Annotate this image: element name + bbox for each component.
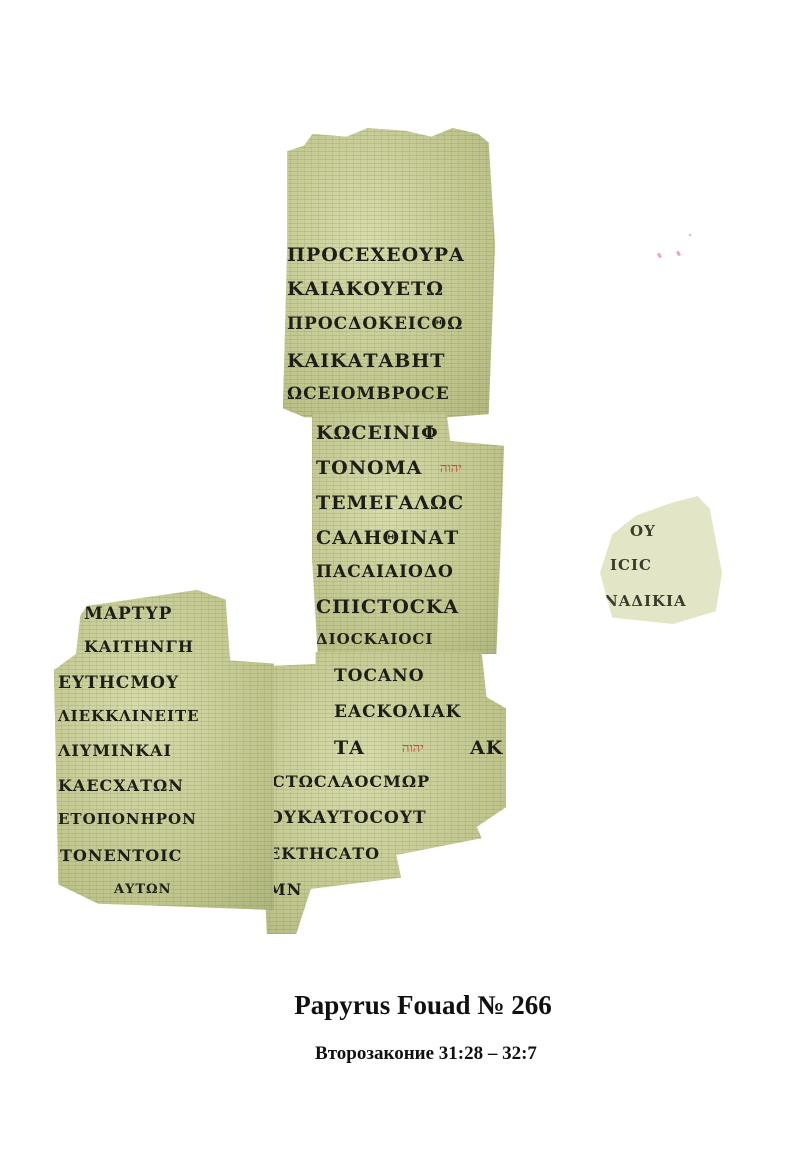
fragment-line: ΕΑCΚΟΛΙΑΚ: [334, 702, 461, 722]
fragment-line: ΑΥΤΩΝ: [114, 882, 172, 897]
caption-title: Papyrus Fouad № 266: [0, 990, 800, 1021]
fragment-line: ΤΟΝΕΝΤΟΙC: [60, 846, 182, 865]
speck: [689, 234, 692, 237]
fragment-line: ΚΑΙΑΚΟΥΕΤΩ: [287, 278, 444, 300]
fragment-line: ΤΟΝΟΜΑ: [316, 457, 422, 479]
fragment-line: CΑΛΗΘΙΝΑΤ: [316, 527, 459, 549]
fragment-line: ΚΑΙΚΑΤΑΒΗΤ: [287, 350, 445, 372]
fragment-line: ΜΑΡΤΥΡ: [84, 604, 172, 624]
caption-subtitle: Второзаконие 31:28 – 32:7: [0, 1043, 800, 1065]
fragment-main-middle: ΚΩCΕΙΝΙΦ ΤΟΝΟΜΑ יהוה ΤΕΜΕΓΑΛΩC CΑΛΗΘΙΝΑΤ…: [312, 412, 504, 654]
fragment-line: ΤΑ: [334, 737, 365, 759]
fragment-line: ΝΑΔΙΚΙΑ: [604, 592, 687, 610]
fragment-line: ΔΙΟCΚΑΙΟCΙ: [316, 630, 433, 648]
speck: [657, 253, 662, 259]
fragment-line: ΕΥΤΗCΜΟΥ: [58, 673, 179, 693]
fragment-line: ΤΟCΑΝΟ: [334, 666, 425, 686]
fragment-line: ΚΑΕCΧΑΤΩΝ: [58, 776, 184, 795]
fragment-main-lower: ΤΟCΑΝΟ ΕΑCΚΟΛΙΑΚ ΤΑ יהוה ΑΚ CΤΩCΛΑΟCΜΩΡ …: [262, 652, 506, 934]
fragment-right: ΟΥ ΙCΙC ΝΑΔΙΚΙΑ: [600, 496, 722, 624]
fragment-line: CΤΩCΛΑΟCΜΩΡ: [272, 772, 430, 791]
speck: [676, 251, 681, 257]
fragment-line: ΠΑCΑΙΑΙΟΔΟ: [316, 562, 454, 582]
fragment-line: ΚΑΙΤΗΝΓΗ: [84, 637, 194, 656]
fragment-line: ΛΙΕΚΚΛΙΝΕΙΤΕ: [58, 707, 200, 725]
fragment-line: ΟΥ: [630, 522, 656, 540]
fragment-line: ΑΚ: [470, 737, 503, 759]
fragment-left: ΜΑΡΤΥΡ ΚΑΙΤΗΝΓΗ ΕΥΤΗCΜΟΥ ΛΙΕΚΚΛΙΝΕΙΤΕ ΛΙ…: [54, 590, 274, 910]
fragment-line: ΤΕΜΕΓΑΛΩC: [316, 492, 464, 514]
fragment-line: ΛΙΥΜΙΝΚΑΙ: [58, 741, 172, 760]
fragment-line: ΠΡΟCΔΟΚΕΙCΘΩ: [287, 314, 463, 334]
tetragrammaton-rubric: יהוה: [402, 740, 424, 756]
fragment-line: ΩCΕΙΟΜΒΡΟCΕ: [287, 384, 450, 404]
fragment-line: ΚΩCΕΙΝΙΦ: [316, 422, 439, 444]
fragment-line: ΟΥΚΑΥΤΟCΟΥΤ: [268, 808, 427, 828]
fragment-line: CΠΙCΤΟCΚΑ: [316, 596, 459, 618]
fragment-line: ΕΚΤΗCΑΤΟ: [268, 844, 380, 863]
fragment-line: ΠΡΟCΕΧΕΟΥΡΑ: [287, 244, 465, 266]
tetragrammaton-rubric: יהוה: [440, 460, 462, 476]
fragment-line: ΙCΙC: [610, 556, 652, 574]
papyrus-figure: ΠΡΟCΕΧΕΟΥΡΑ ΚΑΙΑΚΟΥΕΤΩ ΠΡΟCΔΟΚΕΙCΘΩ ΚΑΙΚ…: [0, 0, 800, 960]
fragment-line: ΕΤΟΠΟΝΗΡΟΝ: [58, 810, 197, 828]
fragment-main-top: ΠΡΟCΕΧΕΟΥΡΑ ΚΑΙΑΚΟΥΕΤΩ ΠΡΟCΔΟΚΕΙCΘΩ ΚΑΙΚ…: [283, 128, 495, 420]
